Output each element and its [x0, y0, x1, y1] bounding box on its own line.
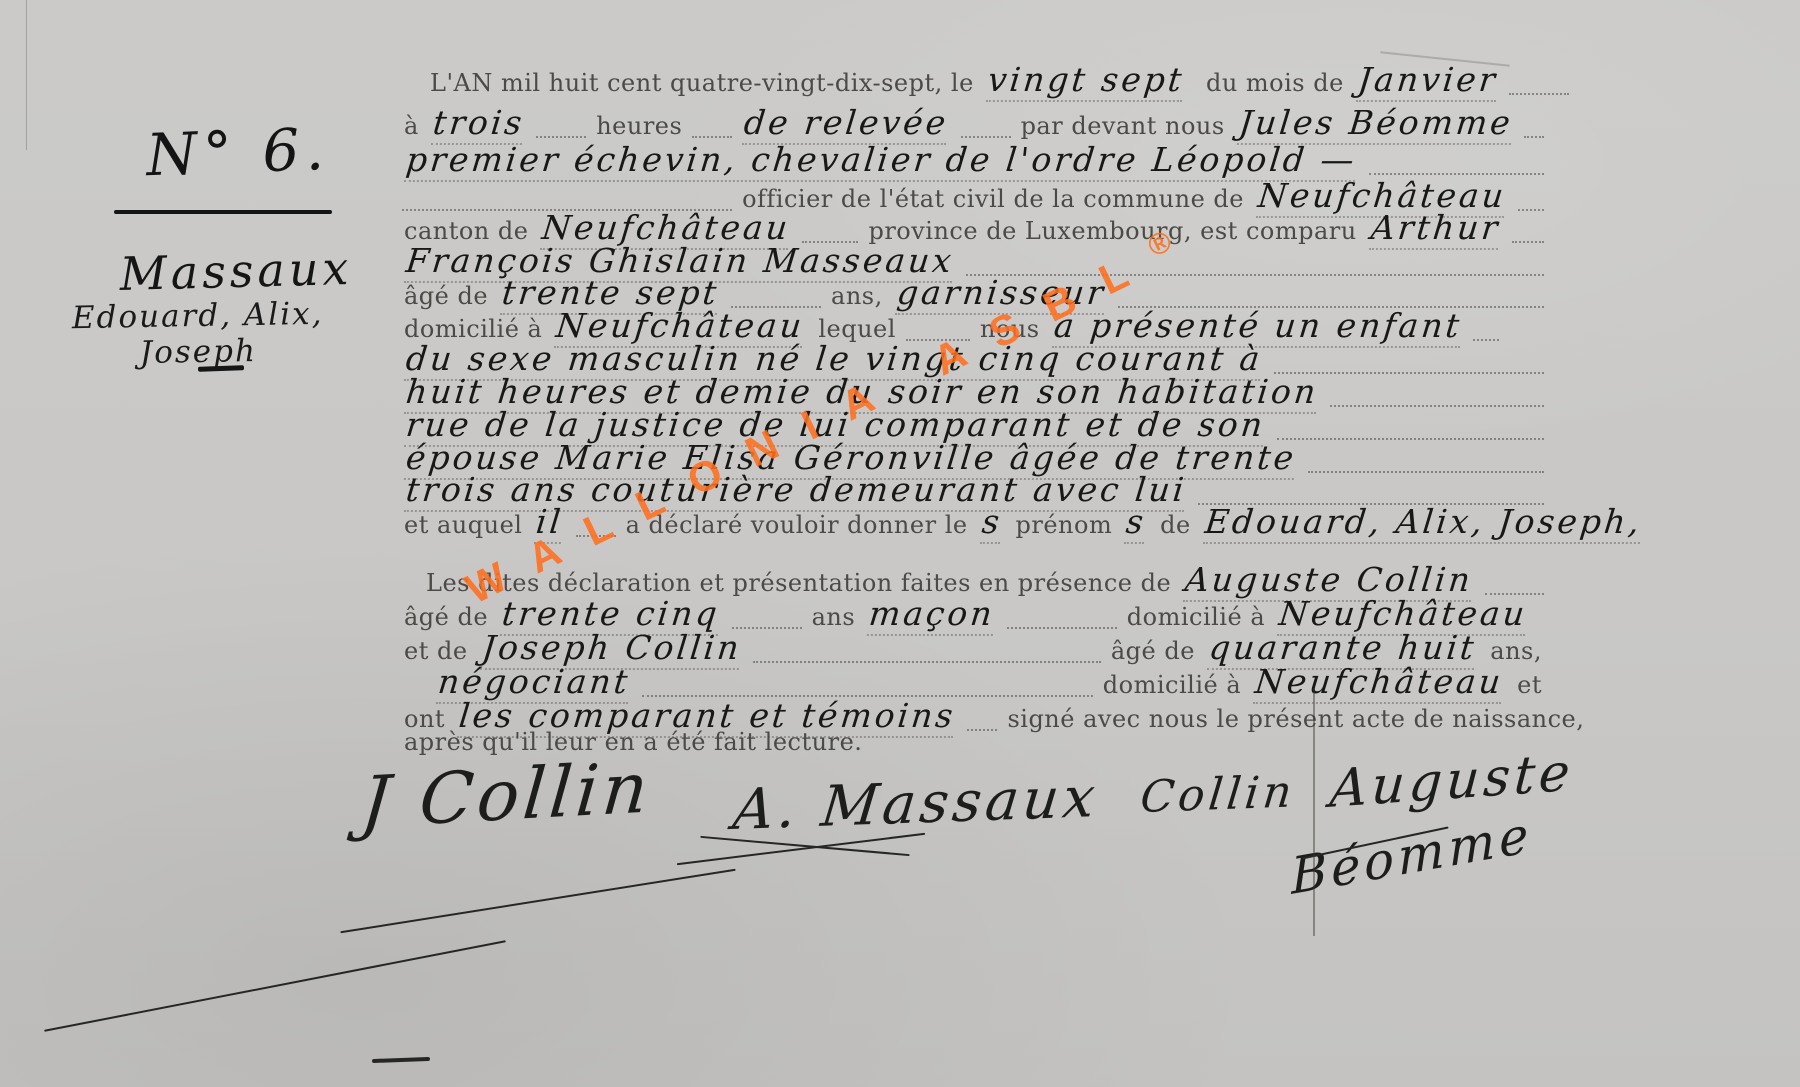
dotted-rule: [1509, 90, 1569, 95]
dotted-rule: [1524, 133, 1544, 138]
printed-text: domicilié à: [1103, 671, 1241, 699]
printed-text: ans,: [1490, 637, 1542, 665]
printed-text: ans: [812, 603, 856, 631]
printed-text: âgé de: [1111, 637, 1195, 665]
act-line: L'AN mil huit cent quatre-vingt-dix-sept…: [424, 60, 1548, 102]
handwritten-text: s: [979, 502, 1003, 544]
handwritten-text: Janvier: [1356, 60, 1500, 102]
dotted-rule: [536, 133, 586, 138]
signature: J Collin: [358, 746, 655, 844]
printed-text: de: [1160, 511, 1191, 539]
printed-text: et: [1517, 671, 1542, 699]
printed-text: L'AN mil huit cent quatre-vingt-dix-sept…: [430, 69, 974, 97]
dotted-rule: [1369, 170, 1544, 175]
printed-text: et de: [404, 637, 468, 665]
act-body: L'AN mil huit cent quatre-vingt-dix-sept…: [0, 0, 1800, 1087]
printed-text: à: [404, 112, 419, 140]
printed-text: et auquel: [404, 511, 522, 539]
printed-text: par devant nous: [1021, 112, 1225, 140]
handwritten-text: vingt sept: [986, 60, 1187, 102]
printed-text: domicilié à: [1127, 603, 1265, 631]
page-edge-line: [26, 0, 27, 150]
printed-text: heures: [596, 112, 682, 140]
signature: Collin: [1138, 766, 1298, 823]
act-line: àtroisheuresde relevéepar devant nousJul…: [398, 103, 1548, 145]
handwritten-text: Edouard, Alix, Joseph,: [1203, 502, 1644, 544]
handwritten-text: trois: [431, 103, 527, 145]
fold-crease: [1313, 688, 1315, 936]
handwritten-text: Jules Béomme: [1236, 103, 1514, 145]
dotted-rule: [961, 133, 1011, 138]
printed-text: du mois de: [1206, 69, 1344, 97]
handwritten-text: de relevée: [742, 103, 951, 145]
printed-text: prénom: [1016, 511, 1113, 539]
dotted-rule: [692, 133, 732, 138]
handwritten-text: s: [1124, 502, 1148, 544]
signature: A. Massaux: [730, 765, 1102, 843]
